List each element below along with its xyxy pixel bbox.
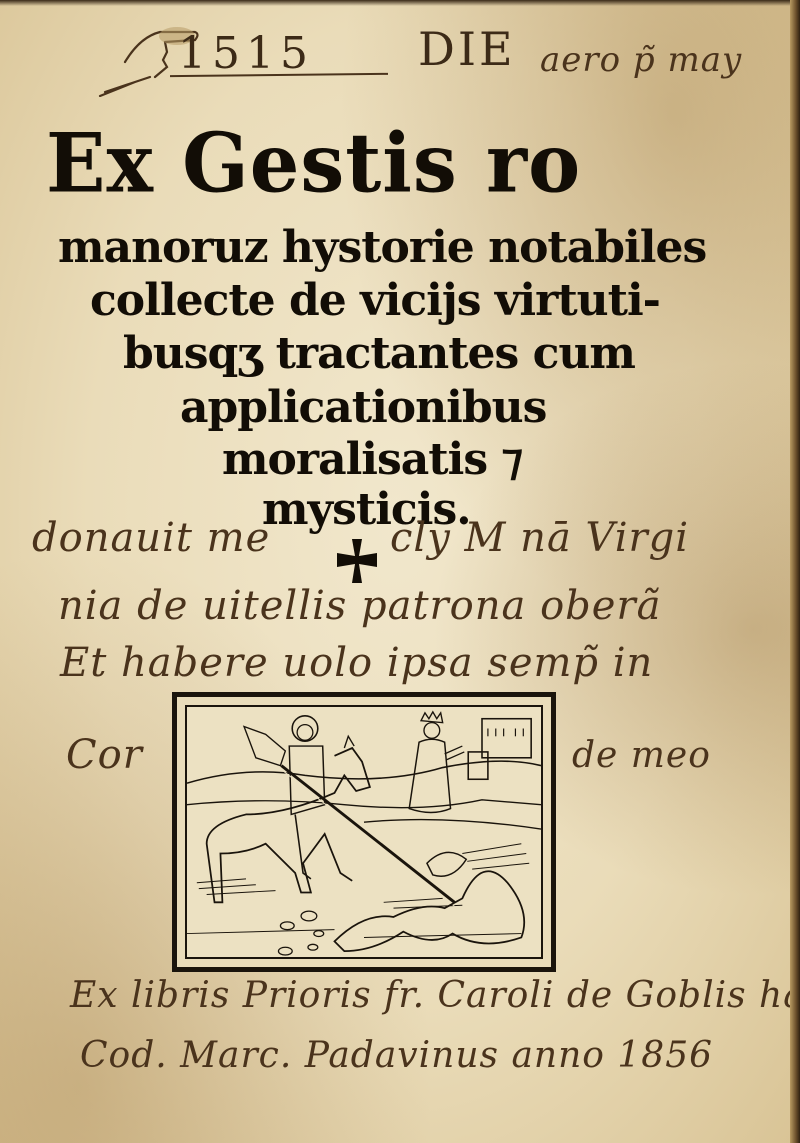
inscription-line-3: Et habere uolo ipsa semp̃ in (60, 640, 653, 686)
inscription-line-2: nia de uitellis patrona oberã (58, 583, 661, 629)
title-page: 1515 DIE aero p̃ may Ex Gestis ro manoru… (0, 0, 792, 1143)
title-line-3: collecte de vicijs virtuti- (90, 275, 660, 326)
woodcut-illustration (172, 692, 556, 972)
title-line-2: manoruz hystorie notabiles (58, 222, 706, 273)
cross-pattee-icon (333, 537, 381, 585)
title-line-4: busqʒ tractantes cum (123, 328, 635, 379)
title-line-6: moralisatis ⁊ (222, 434, 522, 485)
provenance-line-1: Ex libris Prioris fr. Caroli de Goblis h… (70, 975, 800, 1016)
annotation-date-rest: aero p̃ may (540, 40, 742, 80)
title-line-5: applicationibus (180, 382, 546, 433)
page-top-shadow (0, 0, 800, 6)
inscription-line-1-left: donauit me (32, 515, 270, 561)
page-edge (790, 0, 800, 1143)
inscription-line-4-right: de meo (572, 735, 711, 776)
inscription-line-1-right: cly M nā Virgi (390, 515, 689, 561)
saint-george-dragon-icon (187, 707, 541, 957)
provenance-line-2: Cod. Marc. Padavinus anno 1856 (80, 1035, 713, 1076)
annotation-year: 1515 (178, 28, 314, 79)
title-line-1: Ex Gestis ro (46, 116, 581, 212)
inscription-line-4-left: Cor (66, 732, 143, 778)
woodcut-frame (185, 705, 543, 959)
annotation-die: DIE (418, 22, 516, 76)
